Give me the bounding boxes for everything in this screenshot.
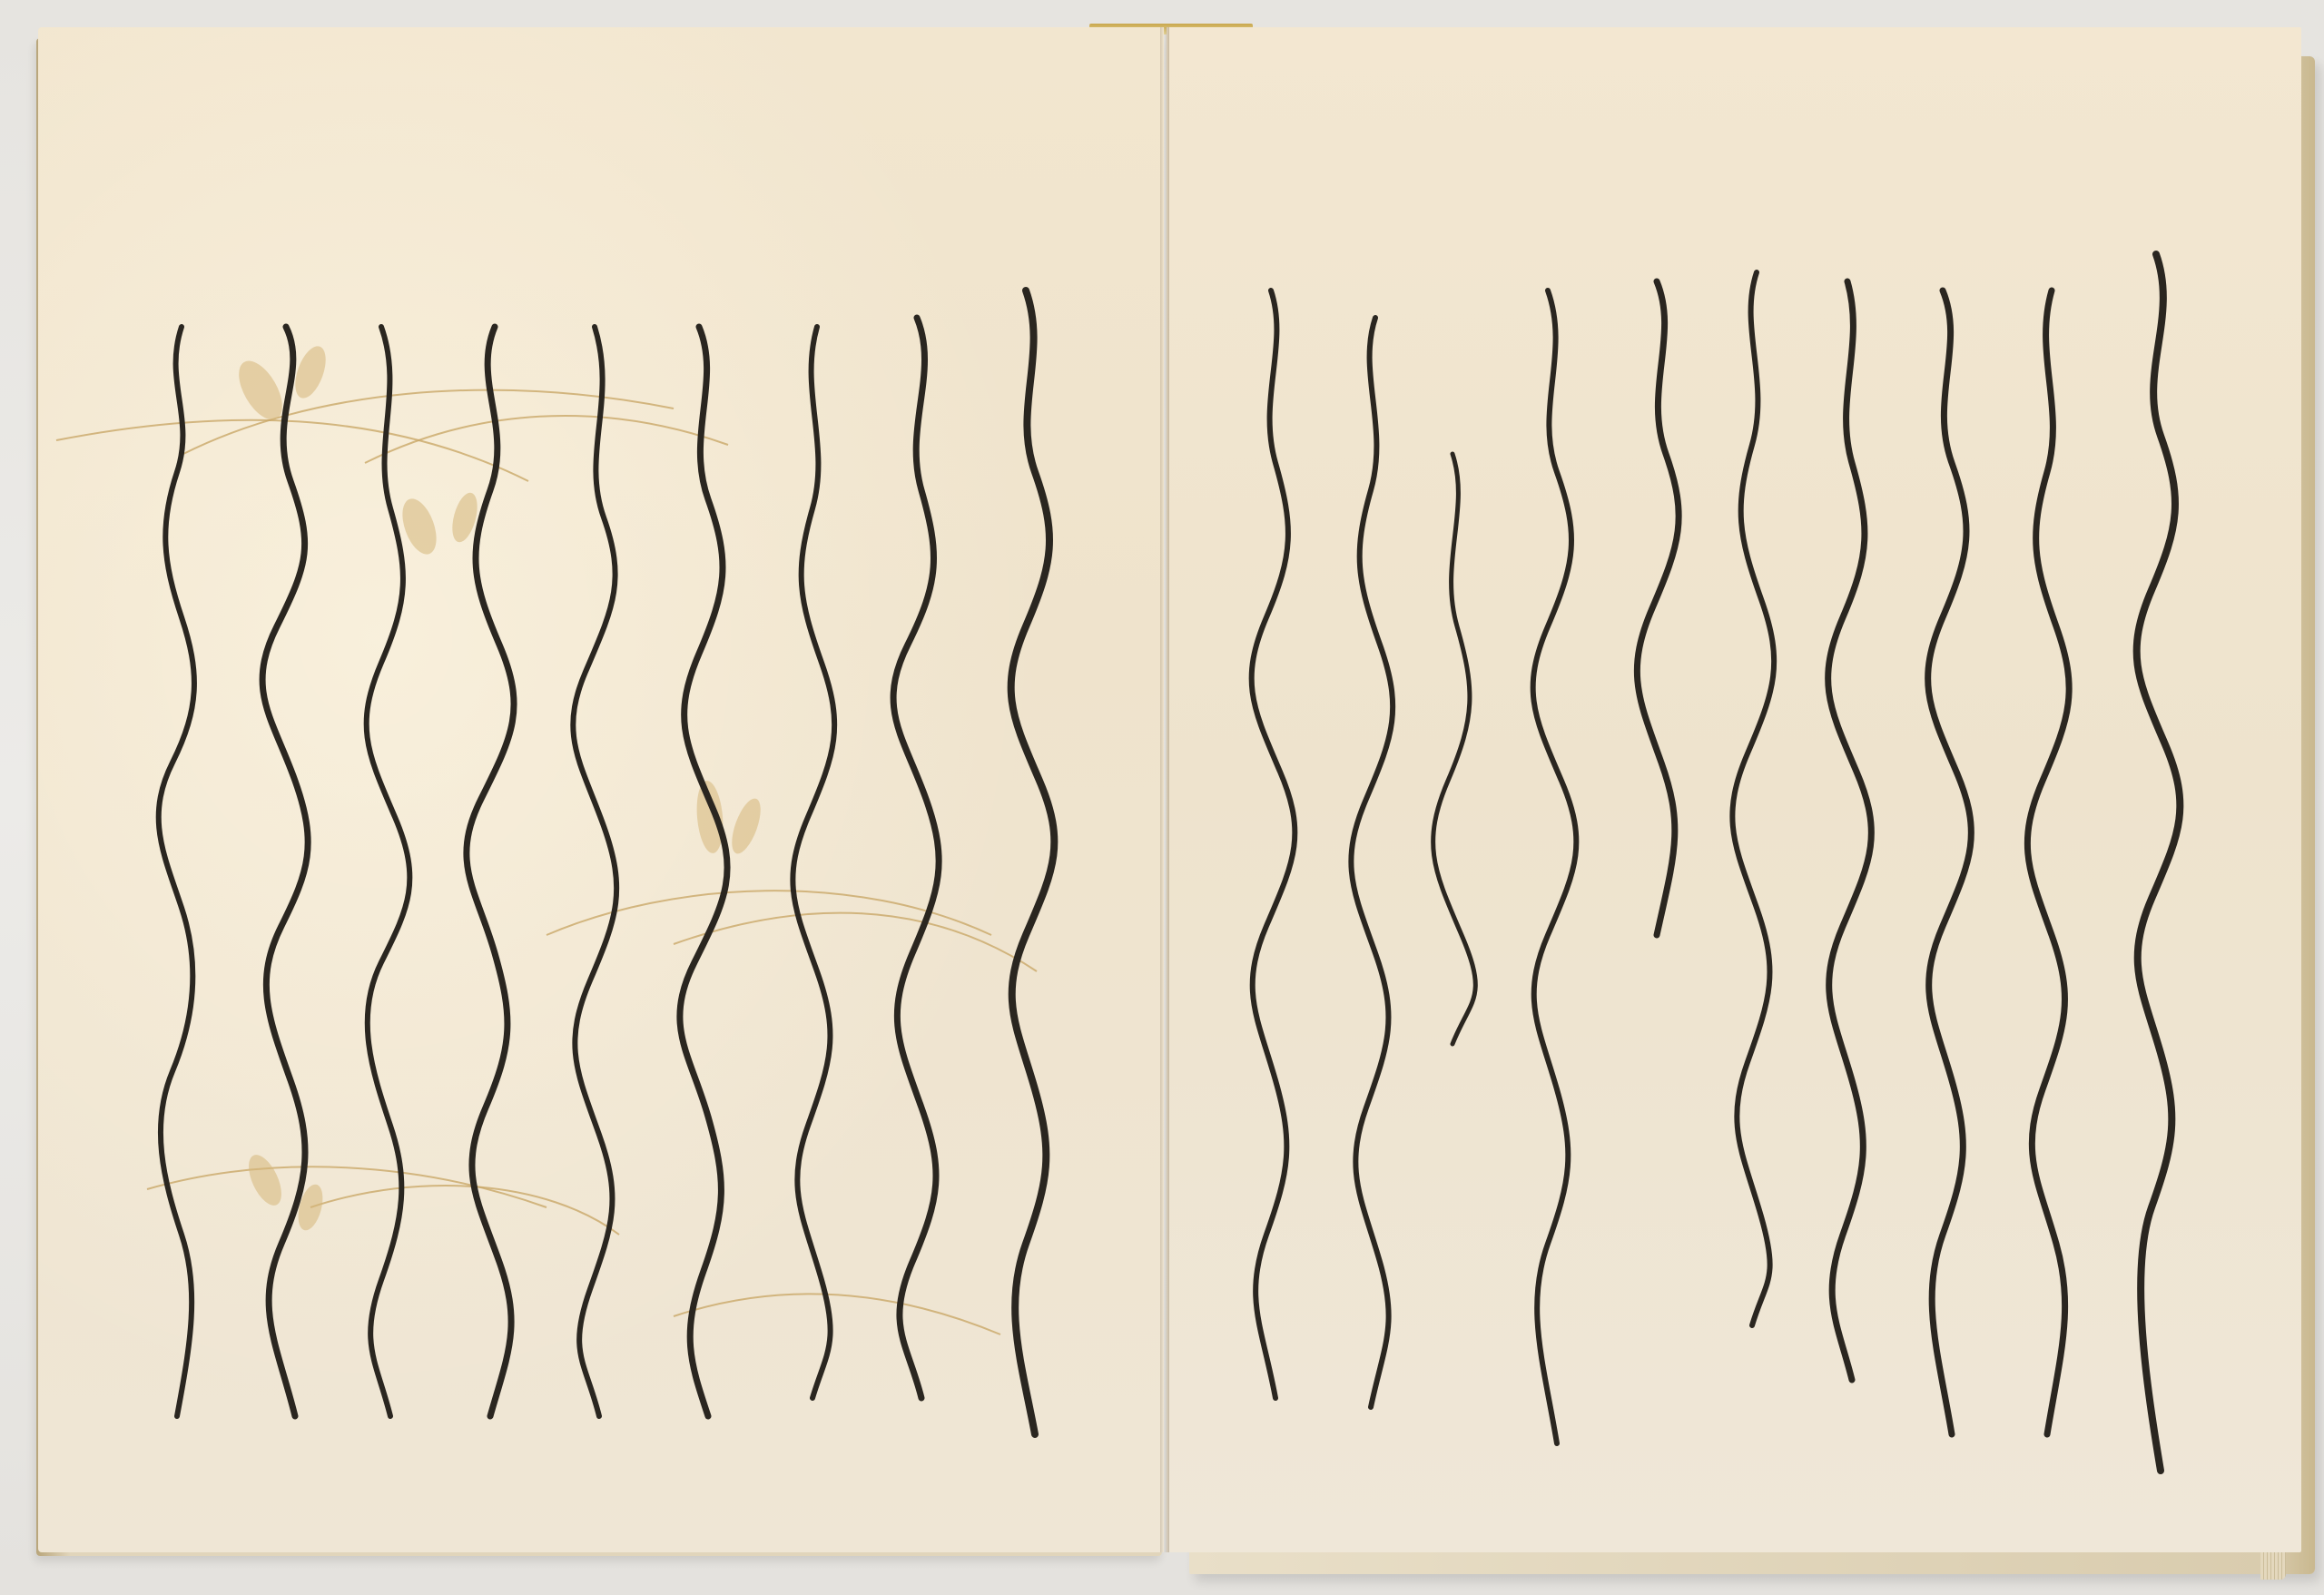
calligraphy-column-left-8 xyxy=(885,318,949,1407)
calligraphy-column-left-2 xyxy=(254,327,318,1425)
calligraphy-column-right-5 xyxy=(1625,281,1689,944)
calligraphy-column-left-9 xyxy=(999,290,1062,1443)
calligraphy-column-left-1 xyxy=(145,327,209,1425)
calligraphy-column-left-5 xyxy=(563,327,626,1425)
calligraphy-column-right-9 xyxy=(2015,290,2079,1443)
calligraphy-column-right-7 xyxy=(1816,281,1879,1389)
calligraphy-column-right-2 xyxy=(1339,318,1403,1416)
calligraphy-column-right-1 xyxy=(1239,290,1303,1407)
calligraphy-column-right-6 xyxy=(1720,272,1784,1334)
calligraphy-column-left-6 xyxy=(672,327,735,1425)
calligraphy-column-left-7 xyxy=(781,327,844,1407)
calligraphy-column-right-3 xyxy=(1421,454,1484,1053)
calligraphy-column-left-4 xyxy=(458,327,522,1425)
calligraphy-column-right-8 xyxy=(1915,290,1979,1443)
calligraphy-column-right-4 xyxy=(1521,290,1584,1452)
open-book: Left page Right page xyxy=(36,27,2279,1570)
binding-gutter xyxy=(1160,27,1169,1552)
calligraphy-column-left-3 xyxy=(354,327,418,1425)
calligraphy-column-right-10 xyxy=(2124,254,2188,1480)
